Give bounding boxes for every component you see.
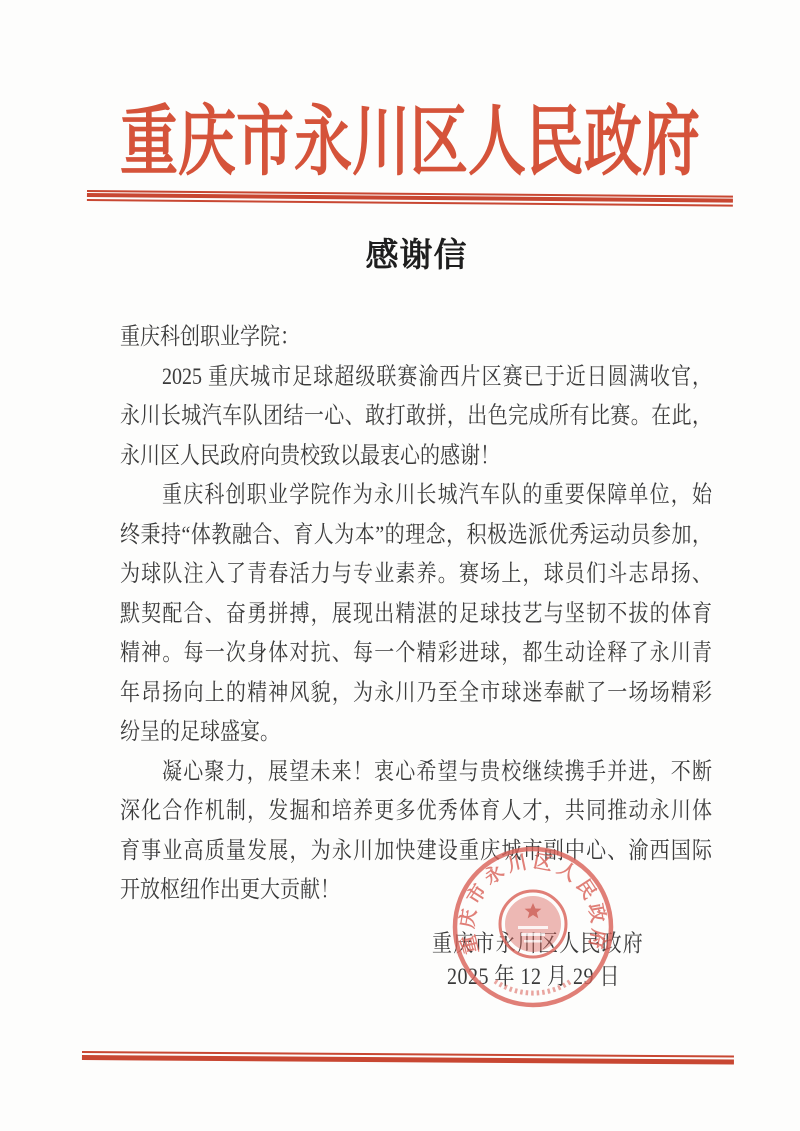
footer-rule — [82, 1051, 734, 1065]
letter-page: 重庆市永川区人民政府 感谢信 重庆科创职业学院： 2025 重庆城市足球超级联赛… — [0, 0, 800, 1131]
masthead-rule — [87, 190, 733, 207]
seal-code-marks — [495, 981, 571, 993]
letter-body: 重庆科创职业学院： 2025 重庆城市足球超级联赛渝西片区赛已于近日圆满收官， … — [120, 318, 712, 911]
letter-title: 感谢信 — [94, 236, 739, 276]
official-seal: 重庆市永川区人民政府 — [448, 844, 618, 1012]
national-emblem-icon — [500, 891, 566, 957]
body-line: 开放枢纽作出更大贡献！ — [120, 868, 712, 914]
masthead-title: 重庆市永川区人民政府 — [78, 102, 742, 184]
